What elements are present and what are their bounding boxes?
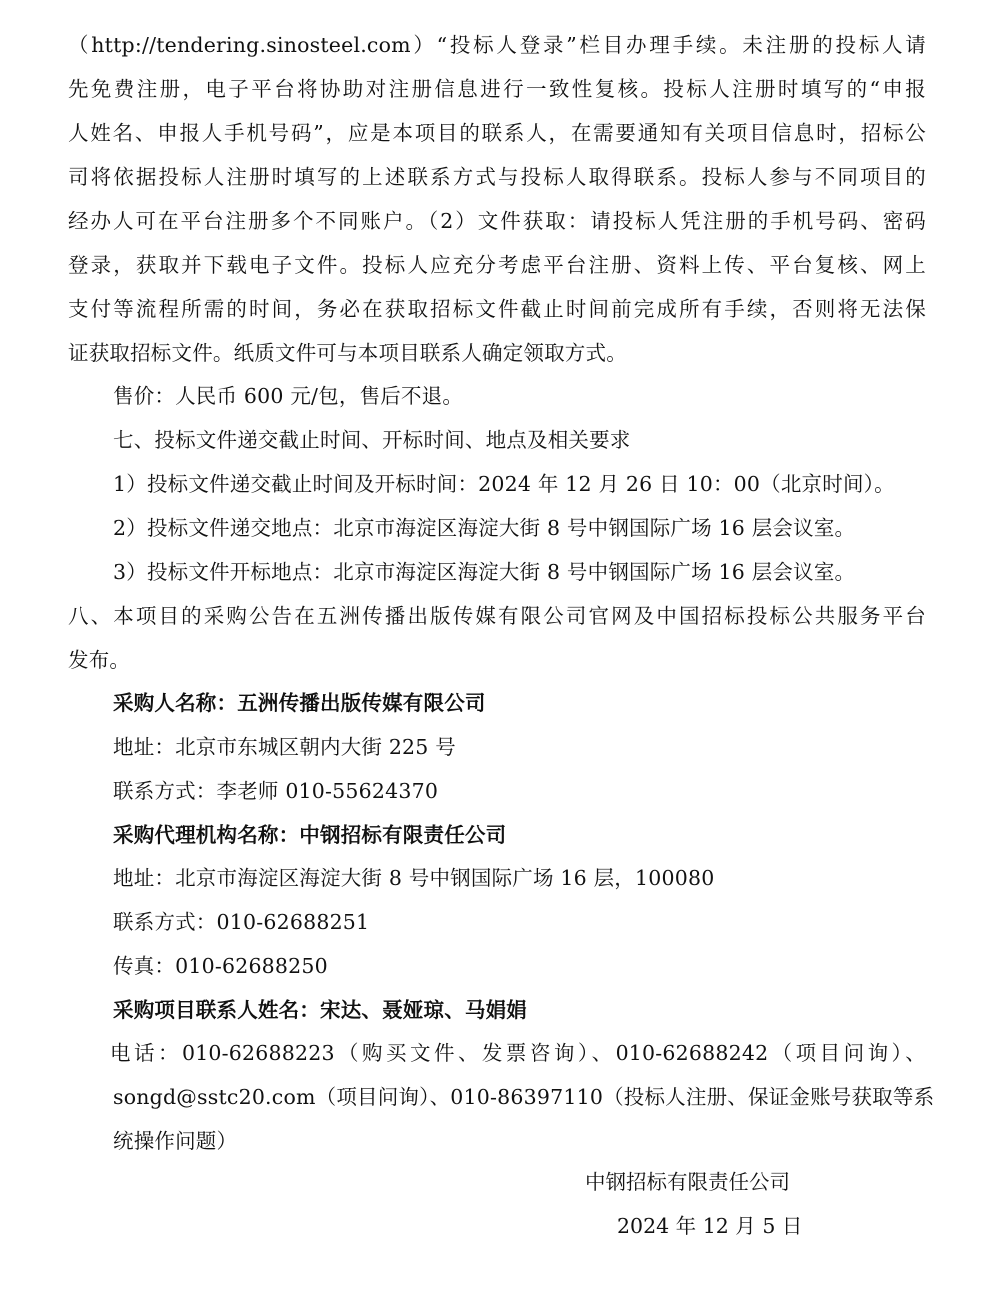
agency-address: 地址：北京市海淀区海淀大街 8 号中钢国际广场 16 层，100080 xyxy=(113,863,714,893)
project-contact-note: 统操作问题） xyxy=(113,1126,237,1156)
registration-paragraph-line: （http://tendering.sinosteel.com）“投标人登录”栏… xyxy=(68,30,926,60)
price-text: 售价：人民币 600 元/包，售后不退。 xyxy=(113,381,463,411)
section7-heading: 七、投标文件递交截止时间、开标时间、地点及相关要求 xyxy=(113,425,631,455)
signature-date: 2024 年 12 月 5 日 xyxy=(617,1211,802,1241)
purchaser-address: 地址：北京市东城区朝内大街 225 号 xyxy=(113,732,456,762)
project-contact-names: 采购项目联系人姓名：宋达、聂娅琼、马娟娟 xyxy=(113,995,527,1025)
registration-paragraph-line: 证获取招标文件。纸质文件可与本项目联系人确定领取方式。 xyxy=(68,338,627,368)
section8-text: 发布。 xyxy=(68,645,130,675)
registration-paragraph-line: 先免费注册，电子平台将协助对注册信息进行一致性复核。投标人注册时填写的“申报 xyxy=(68,74,926,104)
registration-paragraph-line: 经办人可在平台注册多个不同账户。（2）文件获取：请投标人凭注册的手机号码、密码 xyxy=(68,206,926,236)
agency-contact: 联系方式：010-62688251 xyxy=(113,907,369,937)
agency-name: 采购代理机构名称：中钢招标有限责任公司 xyxy=(113,820,506,850)
section7-item-submission-location: 2）投标文件递交地点：北京市海淀区海淀大街 8 号中钢国际广场 16 层会议室。 xyxy=(113,513,855,543)
purchaser-contact: 联系方式：李老师 010-55624370 xyxy=(113,776,438,806)
registration-paragraph-line: 登录，获取并下载电子文件。投标人应充分考虑平台注册、资料上传、平台复核、网上 xyxy=(68,250,926,280)
registration-paragraph-line: 司将依据投标人注册时填写的上述联系方式与投标人取得联系。投标人参与不同项目的 xyxy=(68,162,926,192)
purchaser-name: 采购人名称：五洲传播出版传媒有限公司 xyxy=(113,688,486,718)
section8-text: 八、本项目的采购公告在五洲传播出版传媒有限公司官网及中国招标投标公共服务平台 xyxy=(68,601,926,631)
registration-paragraph-line: 支付等流程所需的时间，务必在获取招标文件截止时间前完成所有手续，否则将无法保 xyxy=(68,294,926,324)
section7-item-deadline: 1）投标文件递交截止时间及开标时间：2024 年 12 月 26 日 10：00… xyxy=(113,469,895,499)
registration-paragraph-line: 人姓名、申报人手机号码”，应是本项目的联系人，在需要通知有关项目信息时，招标公 xyxy=(68,118,926,148)
section7-item-opening-location: 3）投标文件开标地点：北京市海淀区海淀大街 8 号中钢国际广场 16 层会议室。 xyxy=(113,557,855,587)
project-contact-email: songd@sstc20.com（项目问询）、010-86397110（投标人注… xyxy=(113,1082,926,1112)
signature-company: 中钢招标有限责任公司 xyxy=(585,1167,790,1197)
project-contact-phones: 电话：010-62688223（购买文件、发票咨询）、010-62688242（… xyxy=(110,1038,926,1068)
agency-fax: 传真：010-62688250 xyxy=(113,951,328,981)
